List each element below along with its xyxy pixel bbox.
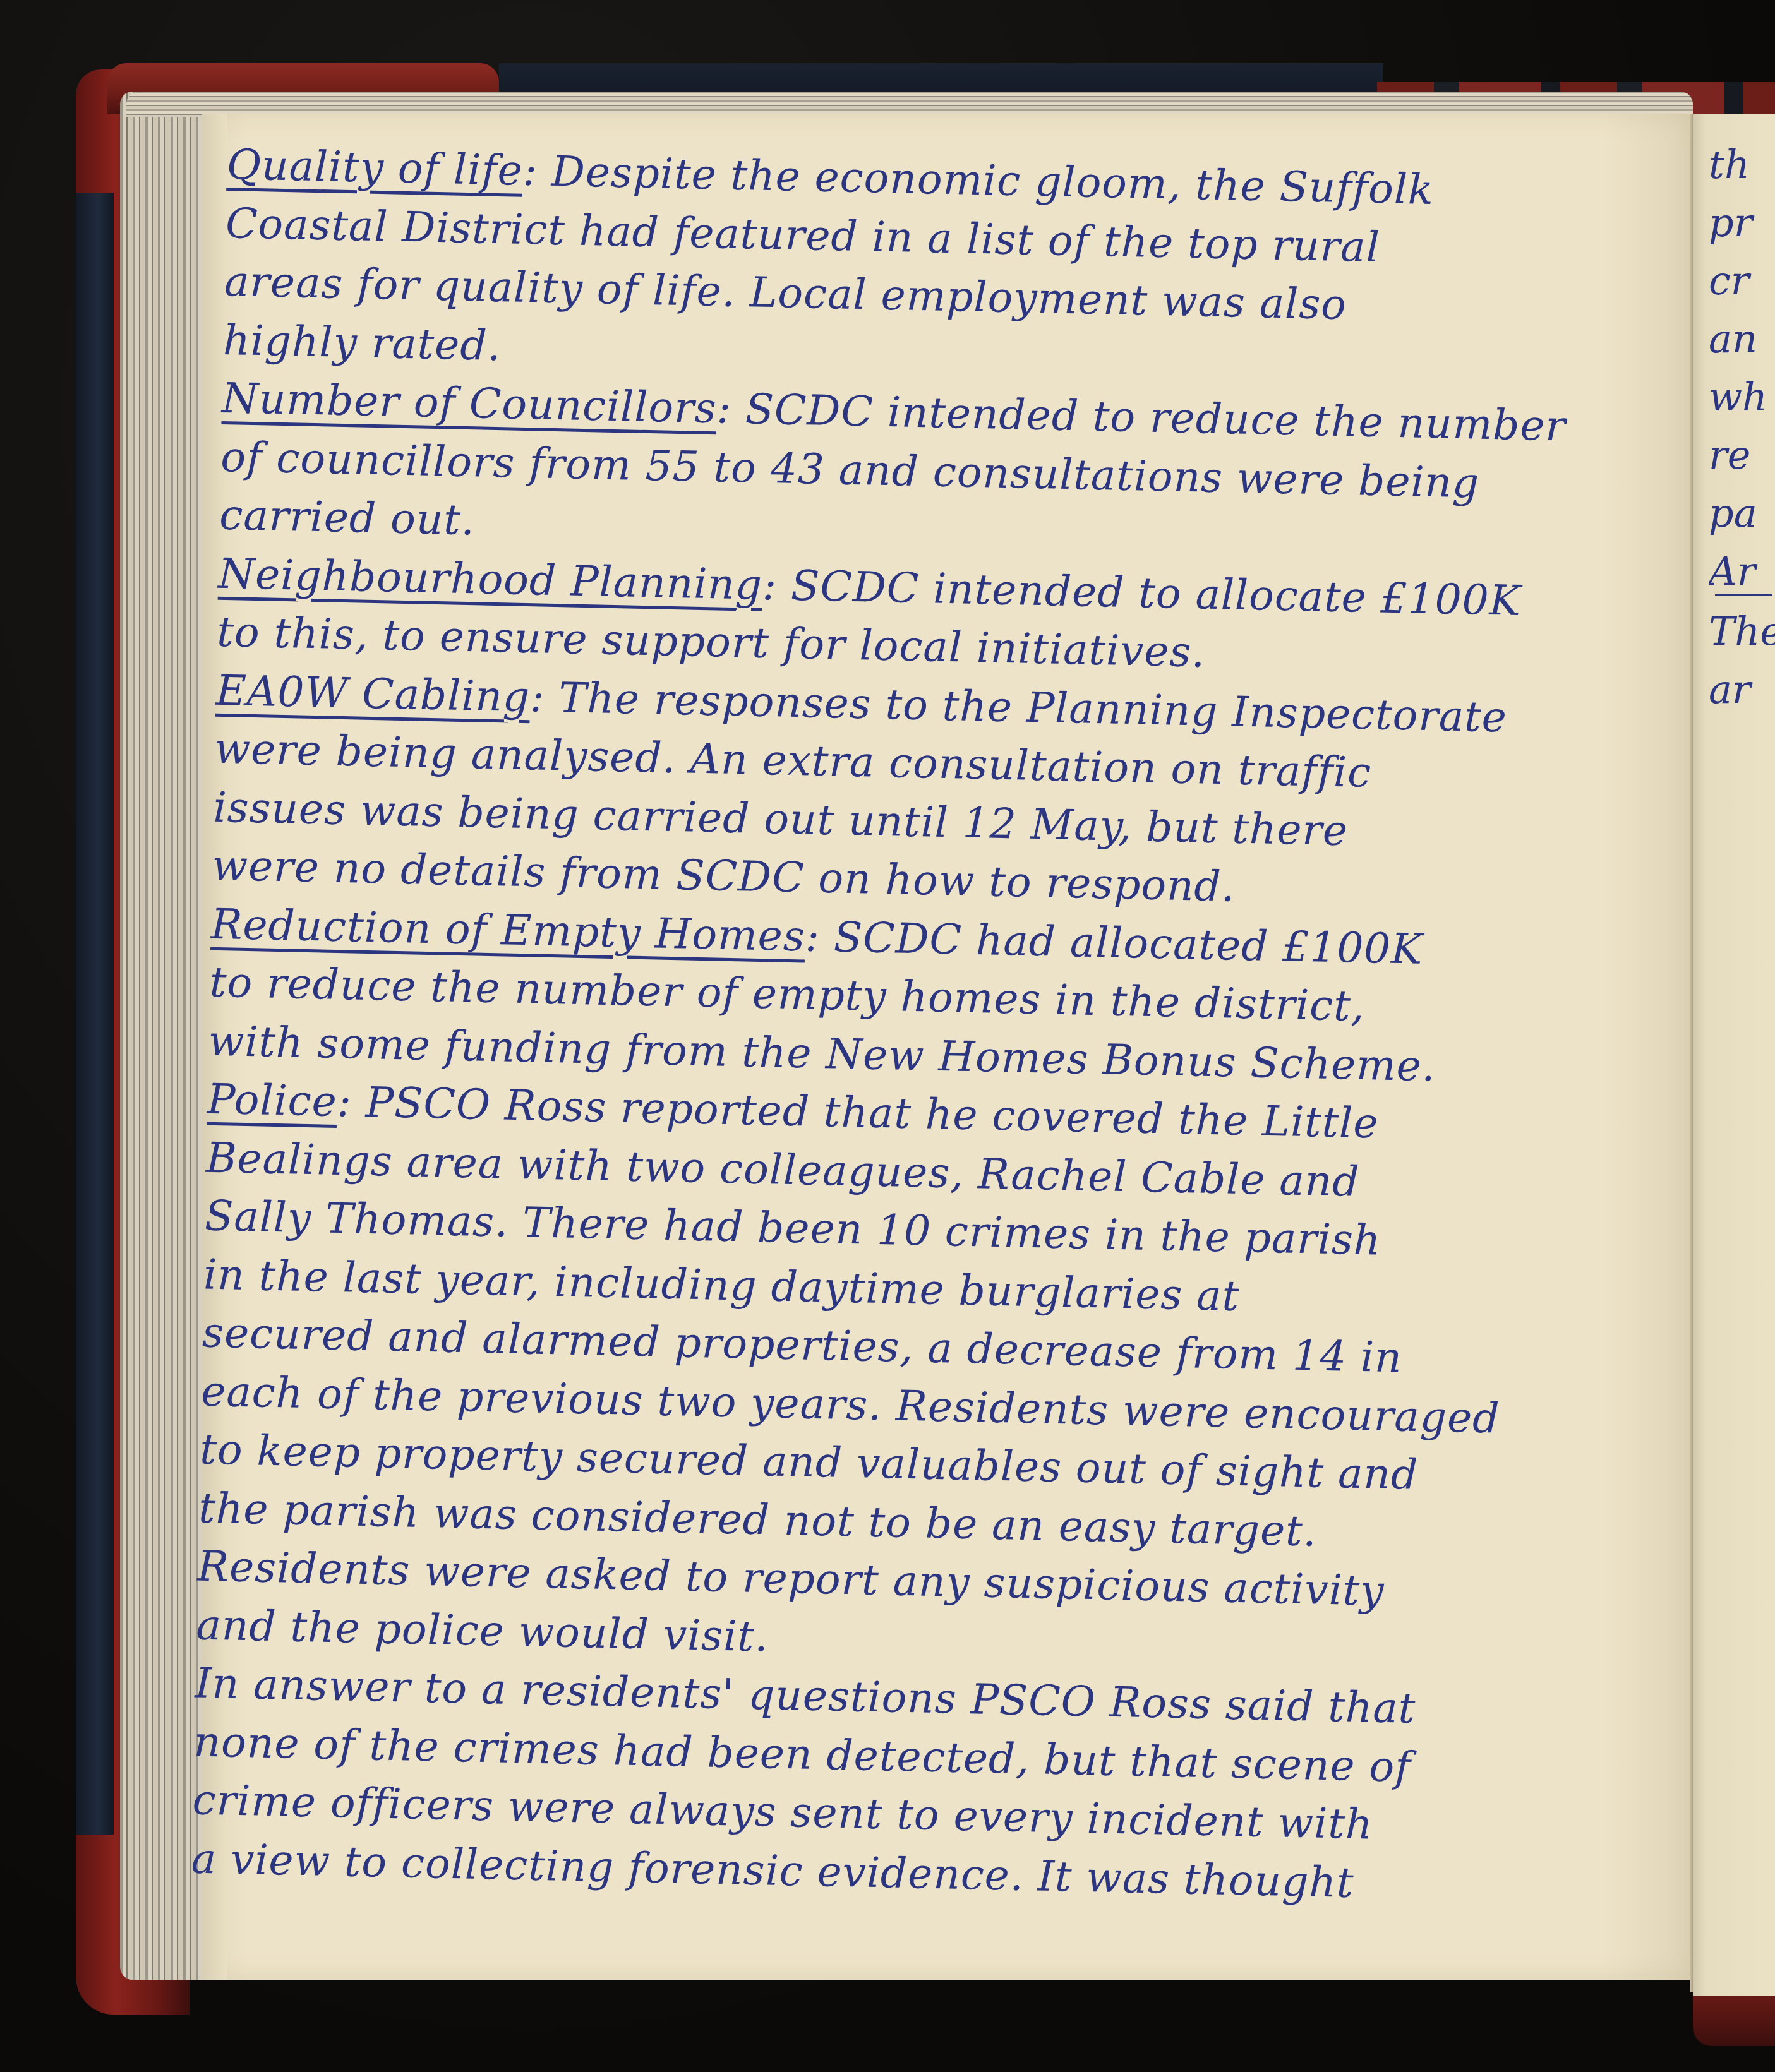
fragment: The [1709, 602, 1775, 661]
fragment: Ar [1709, 542, 1775, 601]
fragment: wh [1709, 368, 1775, 426]
book-cover-bottom-right [1693, 1989, 1775, 2046]
section-heading: Quality of life [226, 140, 523, 195]
fragment: pa [1709, 484, 1775, 542]
fragment: pr [1709, 194, 1775, 252]
section-heading: Neighbourhood Planning [218, 549, 763, 609]
fragment: th [1709, 136, 1775, 194]
fragment: cr [1709, 252, 1775, 310]
section-heading: EA0W Cabling [215, 666, 531, 721]
fragment: an [1709, 310, 1775, 368]
line-text: : SCDC had allocated £100K [805, 912, 1424, 973]
page-stack-edges [120, 92, 202, 1980]
page-stack-top-edges [126, 92, 1693, 117]
right-page-fragments: th pr cr an wh re pa Ar The ar [1709, 136, 1775, 719]
section-heading: Police [207, 1075, 337, 1126]
section-heading: Number of Councillors [221, 374, 717, 433]
fragment: ar [1709, 661, 1775, 719]
section-heading: Reduction of Empty Homes [210, 899, 805, 961]
handwritten-notes: Quality of life: Despite the economic gl… [191, 136, 1680, 1919]
book-cover-blue-cloth [76, 193, 114, 1835]
line-text: : SCDC intended to allocate £100K [762, 560, 1522, 625]
fragment: re [1709, 426, 1775, 484]
